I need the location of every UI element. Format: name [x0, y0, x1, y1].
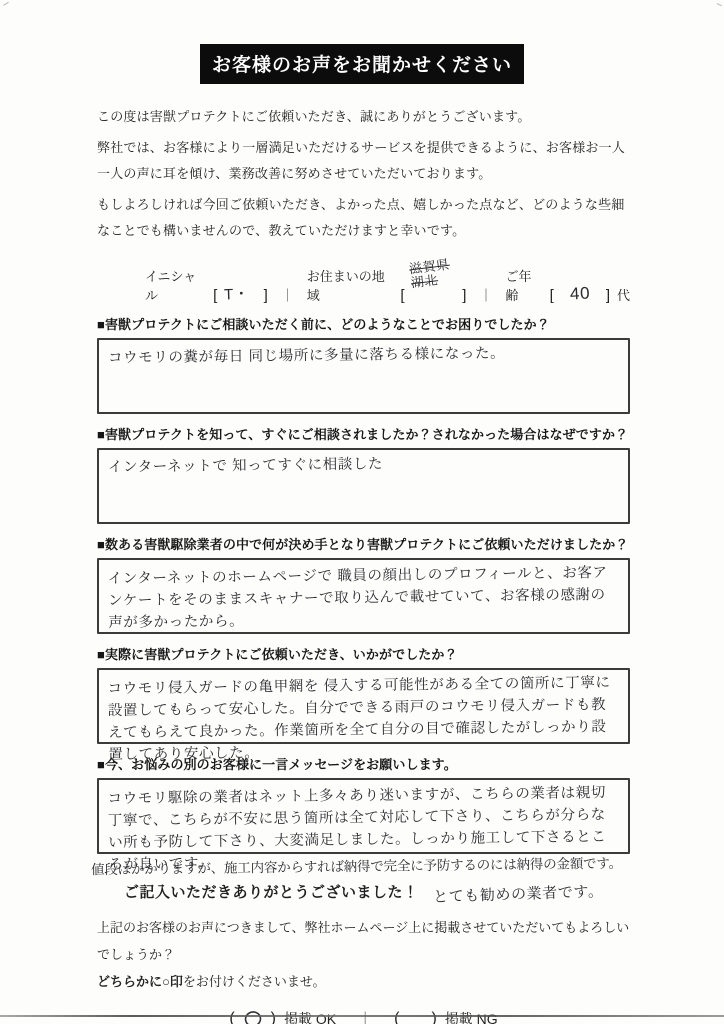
- answer-box: コウモリ駆除の業者はネット上多々あり迷いますが、こちらの業者は親切丁寧で、こちら…: [97, 778, 630, 854]
- bracket-icon: [: [550, 287, 554, 304]
- paren-icon: (: [394, 1010, 399, 1024]
- bracket-icon: ]: [606, 287, 610, 304]
- answer-box: インターネットで 知ってすぐに相談した: [97, 448, 630, 524]
- page-title: お客様のお声をお聞かせください: [212, 55, 512, 76]
- question-section-3: ■数ある害獣駆除業者の中で何が決め手となり害獣プロテクトにご依頼いただけましたか…: [97, 535, 630, 634]
- question-label: ■数ある害獣駆除業者の中で何が決め手となり害獣プロテクトにご依頼いただけましたか…: [97, 535, 630, 554]
- paren-icon: ): [271, 1010, 276, 1024]
- publish-consent-text: 上記のお客様のお声につきまして、弊社ホームページ上に掲載させていただいてもよろし…: [97, 914, 630, 995]
- page-title-banner: お客様のお声をお聞かせください: [200, 44, 524, 84]
- answer-handwritten-text: コウモリ侵入ガードの亀甲網を 侵入する可能性がある全ての箇所に丁寧に設置してもら…: [107, 672, 619, 766]
- respondent-profile-row: イニシャル [ T・ ] ｜ お住まいの地域 [ 滋賀県 湖北 ] ｜ ご年齢 …: [97, 260, 630, 304]
- scan-edge-line: [0, 1015, 724, 1017]
- publish-instruction-rest: をお付けくださいませ。: [183, 974, 326, 989]
- bracket-icon: ]: [264, 287, 268, 304]
- bracket-icon: [: [400, 287, 404, 304]
- thanks-text: ご記入いただきありがとうございました！: [124, 881, 419, 902]
- age-label: ご年齢: [505, 266, 542, 304]
- separator: ｜: [281, 285, 294, 304]
- paren-icon: (: [229, 1010, 234, 1024]
- question-section-1: ■害獣プロテクトにご相談いただく前に、どのようなことでお困りでしたか？ コウモリ…: [97, 315, 630, 414]
- scan-artifact-top-right: [715, 3, 722, 10]
- scanned-survey-page: お客様のお声をお聞かせください この度は害獣プロテクトにご依頼いただき、誠にあり…: [0, 0, 724, 1024]
- answer-box: インターネットのホームページで 職員の顔出しのプロフィールと、お客アンケートをそ…: [97, 558, 630, 634]
- scan-artifact-top-left: [3, 2, 11, 9]
- initial-field: T・: [224, 283, 256, 304]
- publish-ok-mark-slot: [243, 1010, 263, 1024]
- question-label: ■害獣プロテクトにご相談いただく前に、どのようなことでお困りでしたか？: [97, 315, 630, 334]
- intro-paragraph-1: この度は害獣プロテクトにご依頼いただき、誠にありがとうございます。: [97, 104, 630, 130]
- region-area: 湖北: [410, 272, 439, 290]
- initial-label: イニシャル: [145, 266, 206, 304]
- separator: ｜: [479, 285, 492, 304]
- intro-paragraph-2: 弊社では、お客様により一層満足いただけるサービスを提供できるように、お客様お一人…: [97, 135, 630, 187]
- bracket-icon: [: [213, 287, 217, 304]
- question-label: ■実際に害獣プロテクトにご依頼いただき、いかがでしたか？: [97, 645, 630, 664]
- answer-handwritten-text: インターネットのホームページで 職員の顔出しのプロフィールと、お客アンケートをそ…: [108, 562, 620, 634]
- intro-paragraph-3: もしよろしければ今回ご依頼いただき、よかった点、嬉しかった点など、どのような些細…: [97, 192, 630, 244]
- publish-instruction-bold: どちらかに○印: [97, 974, 183, 989]
- question-section-4: ■実際に害獣プロテクトにご依頼いただき、いかがでしたか？ コウモリ侵入ガードの亀…: [97, 645, 630, 744]
- answer-box: コウモリ侵入ガードの亀甲網を 侵入する可能性がある全ての箇所に丁寧に設置してもら…: [97, 668, 630, 744]
- handwritten-note: とても勧めの業者です。: [432, 880, 603, 907]
- bracket-icon: ]: [462, 287, 466, 304]
- age-field: 40: [561, 284, 599, 304]
- answer-box: コウモリの糞が毎日 同じ場所に多量に落ちる様になった。: [97, 338, 630, 414]
- region-label: お住まいの地域: [307, 266, 394, 304]
- question-section-5: ■今、お悩みの別のお客様に一言メッセージをお願いします。 コウモリ駆除の業者はネ…: [97, 755, 630, 877]
- publish-question: 上記のお客様のお声につきまして、弊社ホームページ上に掲載させていただいてもよろし…: [97, 920, 629, 962]
- region-field: 滋賀県 湖北: [412, 286, 456, 304]
- handwritten-circle-icon: [243, 1010, 263, 1024]
- age-suffix: 代: [617, 285, 630, 304]
- initial-handwritten-value: T・: [224, 283, 250, 305]
- thanks-row: ご記入いただきありがとうございました！ とても勧めの業者です。: [97, 881, 630, 904]
- age-handwritten-value: 40: [569, 283, 590, 304]
- region-handwritten-value: 滋賀県 湖北: [408, 258, 452, 291]
- question-section-2: ■害獣プロテクトを知って、すぐにご相談されましたか？されなかった場合はなぜですか…: [97, 425, 630, 524]
- answer-handwritten-text: インターネットで 知ってすぐに相談した: [108, 453, 383, 478]
- question-label: ■害獣プロテクトを知って、すぐにご相談されましたか？されなかった場合はなぜですか…: [97, 425, 630, 444]
- paren-icon: ): [431, 1010, 436, 1024]
- answer-handwritten-text: コウモリの糞が毎日 同じ場所に多量に落ちる様になった。: [108, 343, 505, 370]
